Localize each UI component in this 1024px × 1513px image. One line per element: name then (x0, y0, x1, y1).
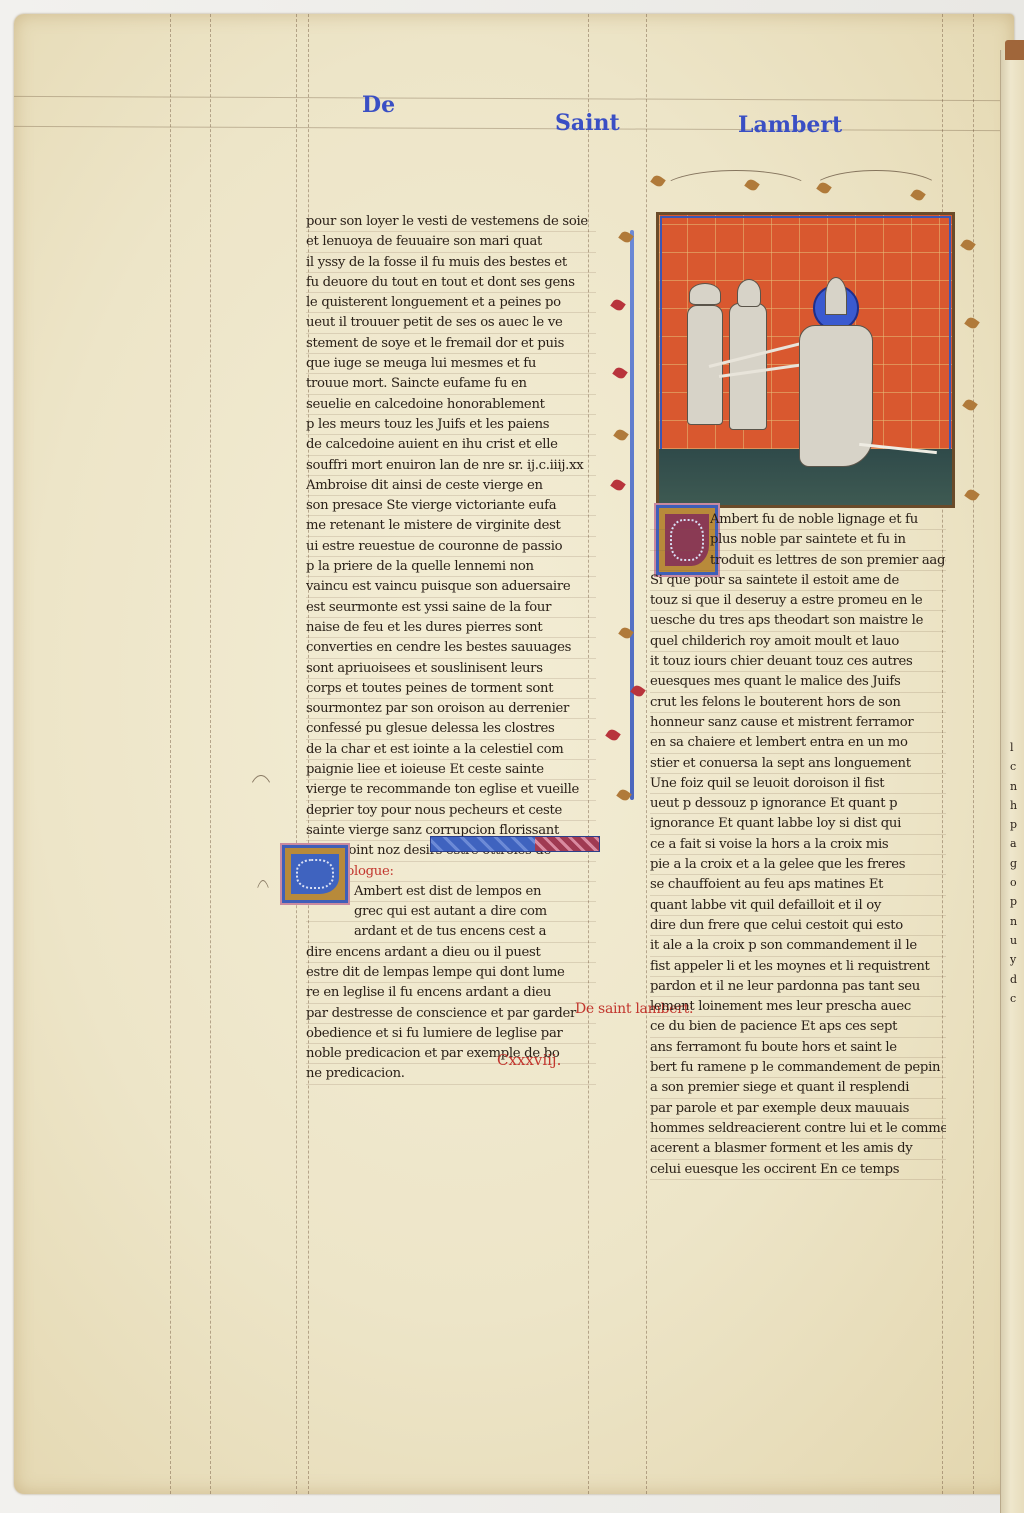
text-line: il yssy de la fosse il fu muis des beste… (306, 253, 596, 273)
text-line: sourmontez par son oroison au derrenier (306, 699, 596, 719)
border-vine (630, 230, 634, 800)
text-line: que iuge se meuga lui mesmes et fu (306, 354, 596, 374)
text-line: bert fu ramene p le commandement de pepi… (650, 1058, 946, 1078)
text-line: naise de feu et les dures pierres sont (306, 618, 596, 638)
text-line: Une foiz quil se leuoit doroison il fist (650, 774, 946, 794)
text-line: p les meurs touz les Juifs et les paiens (306, 415, 596, 435)
text-line: plus noble par saintete et fu in (650, 530, 946, 550)
text-line: lement loinement mes leur prescha auec (650, 997, 946, 1017)
text-line: ce du bien de pacience Et aps ces sept (650, 1017, 946, 1037)
text-line: dire encens ardant a dieu ou il puest (306, 943, 596, 963)
binding-tab (1005, 40, 1024, 60)
text-line: confessé pu glesue delessa les clostres (306, 719, 596, 739)
text-line: vaincu est vaincu puisque son aduersaire (306, 577, 596, 597)
text-line: son presace Ste vierge victoriante eufa (306, 496, 596, 516)
running-title-right: Lambert (738, 112, 842, 138)
text-line: p la priere de la quelle lennemi non (306, 557, 596, 577)
marginal-flourish (955, 240, 977, 502)
text-line: ueut p dessouz p ignorance Et quant p (650, 794, 946, 814)
kettle-helmet (689, 283, 721, 305)
ruling-line (973, 14, 974, 1494)
chapter-number: Cxxxviij. (497, 1051, 561, 1069)
marginal-flourish (245, 775, 277, 857)
facing-page-char: o (1010, 873, 1017, 892)
text-line: de la char et est iointe a la celestiel … (306, 740, 596, 760)
text-line: Ambert fu de noble lignage et fu (650, 510, 946, 530)
text-line: fu deuore du tout en tout et dont ses ge… (306, 273, 596, 293)
running-title-center: Saint (555, 110, 620, 136)
facing-page-char: n (1010, 912, 1017, 931)
miniature-martyrdom-saint-lambert (656, 212, 955, 508)
facing-page-char: p (1010, 892, 1017, 911)
text-line: par destresse de conscience et par garde… (306, 1004, 596, 1024)
text-line: stier et conuersa la sept ans longuement (650, 754, 946, 774)
right-text-column: Ambert fu de noble lignage et fuplus nob… (650, 510, 946, 1180)
text-line: uesche du tres aps theodart son maistre … (650, 611, 946, 631)
ruling-line (646, 14, 647, 1494)
illuminated-initial-L (282, 845, 348, 903)
text-line: le quisterent longuement et a peines po (306, 293, 596, 313)
text-line: toy. Prologue: (306, 862, 596, 882)
text-line: fist appeler li et les moynes et li requ… (650, 957, 946, 977)
text-line: Ambert est dist de lempos en (306, 882, 596, 902)
marginal-flourish (660, 170, 812, 212)
text-line: Si que pour sa saintete il estoit ame de (650, 571, 946, 591)
facing-page-char: u (1010, 931, 1017, 950)
text-line: pour son loyer le vesti de vestemens de … (306, 212, 596, 232)
facing-page-char: l (1010, 738, 1017, 757)
text-line: ce a fait si voise la hors a la croix mi… (650, 835, 946, 855)
facing-page-char: d (1010, 970, 1017, 989)
text-line: pardon et il ne leur pardonna pas tant s… (650, 977, 946, 997)
ruling-line (210, 14, 211, 1494)
facing-page-char: h (1010, 796, 1017, 815)
text-line: euesques mes quant le malice des Juifs (650, 672, 946, 692)
facing-page-char: n (1010, 777, 1017, 796)
facing-page-char: y (1010, 950, 1017, 969)
text-line: me retenant le mistere de virginite dest (306, 516, 596, 536)
text-line: honneur sanz cause et mistrent ferramor (650, 713, 946, 733)
facing-page-char: c (1010, 757, 1017, 776)
text-line: vierge te recommande ton eglise et vueil… (306, 780, 596, 800)
marginal-flourish (250, 880, 276, 1032)
text-line: ans ferramont fu boute hors et saint le (650, 1038, 946, 1058)
text-line: acerent a blasmer forment et les amis dy (650, 1139, 946, 1159)
text-line: est seurmonte est yssi saine de la four (306, 598, 596, 618)
text-line: corps et toutes peines de torment sont (306, 679, 596, 699)
text-line: troduit es lettres de son premier aage (650, 551, 946, 571)
text-line: ignorance Et quant labbe loy si dist qui (650, 814, 946, 834)
text-line: de calcedoine auient en ihu crist et ell… (306, 435, 596, 455)
text-line: hommes seldreacierent contre lui et le c… (650, 1119, 946, 1139)
decorative-line-filler (430, 836, 600, 852)
text-line: Ambroise dit ainsi de ceste vierge en (306, 476, 596, 496)
left-text-column: pour son loyer le vesti de vestemens de … (306, 212, 596, 1085)
text-line: ueut il trouuer petit de ses os auec le … (306, 313, 596, 333)
mitre (825, 277, 847, 315)
text-line: quant labbe vit quil defailloit et il oy (650, 896, 946, 916)
text-line: crut les felons le bouterent hors de son (650, 693, 946, 713)
text-line: seuelie en calcedoine honorablement (306, 395, 596, 415)
text-line: sont apriuoisees et souslinisent leurs (306, 659, 596, 679)
text-line: paignie liee et ioieuse Et ceste sainte (306, 760, 596, 780)
text-line: obedience et si fu lumiere de leglise pa… (306, 1024, 596, 1044)
text-line: a son premier siege et quant il resplend… (650, 1078, 946, 1098)
text-line: grec qui est autant a dire com (306, 902, 596, 922)
text-line: en sa chaiere et lembert entra en un mo (650, 733, 946, 753)
text-line: ui estre reuestue de couronne de passio (306, 537, 596, 557)
text-line: stement de soye et le fremail dor et pui… (306, 334, 596, 354)
text-line: par parole et par exemple deux mauuais (650, 1099, 946, 1119)
text-line: touz si que il deseruy a estre promeu en… (650, 591, 946, 611)
facing-page-char: g (1010, 854, 1017, 873)
text-line: it touz iours chier deuant touz ces autr… (650, 652, 946, 672)
ruling-line (296, 14, 297, 1494)
text-line: se chauffoient au feu aps matines Et (650, 875, 946, 895)
text-line: celui euesque les occirent En ce temps (650, 1160, 946, 1180)
text-line: it ale a la croix p son commandement il … (650, 936, 946, 956)
running-title-left: De (362, 92, 395, 118)
text-line: souffri mort enuiron lan de nre sr. ij.c… (306, 456, 596, 476)
ruling-line (170, 14, 171, 1494)
facing-page-char: c (1010, 989, 1017, 1008)
facing-page-char: p (1010, 815, 1017, 834)
text-line: re en leglise il fu encens ardant a dieu (306, 983, 596, 1003)
text-line: deprier toy pour nous pecheurs et ceste (306, 801, 596, 821)
soldier-figure (729, 303, 767, 430)
facing-page-text-fragment: lcnhpagopnuydc (1010, 738, 1017, 1008)
text-line: et lenuoya de feuuaire son mari quat (306, 232, 596, 252)
text-line: ardant et de tus encens cest a (306, 922, 596, 942)
bascinet-helmet (737, 279, 761, 307)
text-line: estre dit de lempas lempe qui dont lume (306, 963, 596, 983)
text-line: trouue mort. Saincte eufame fu en (306, 374, 596, 394)
text-line: pie a la croix et a la gelee que les fre… (650, 855, 946, 875)
facing-page-char: a (1010, 834, 1017, 853)
text-line: converties en cendre les bestes sauuages (306, 638, 596, 658)
text-line: dire dun frere que celui cestoit qui est… (650, 916, 946, 936)
text-line: quel childerich roy amoit moult et lauo (650, 632, 946, 652)
